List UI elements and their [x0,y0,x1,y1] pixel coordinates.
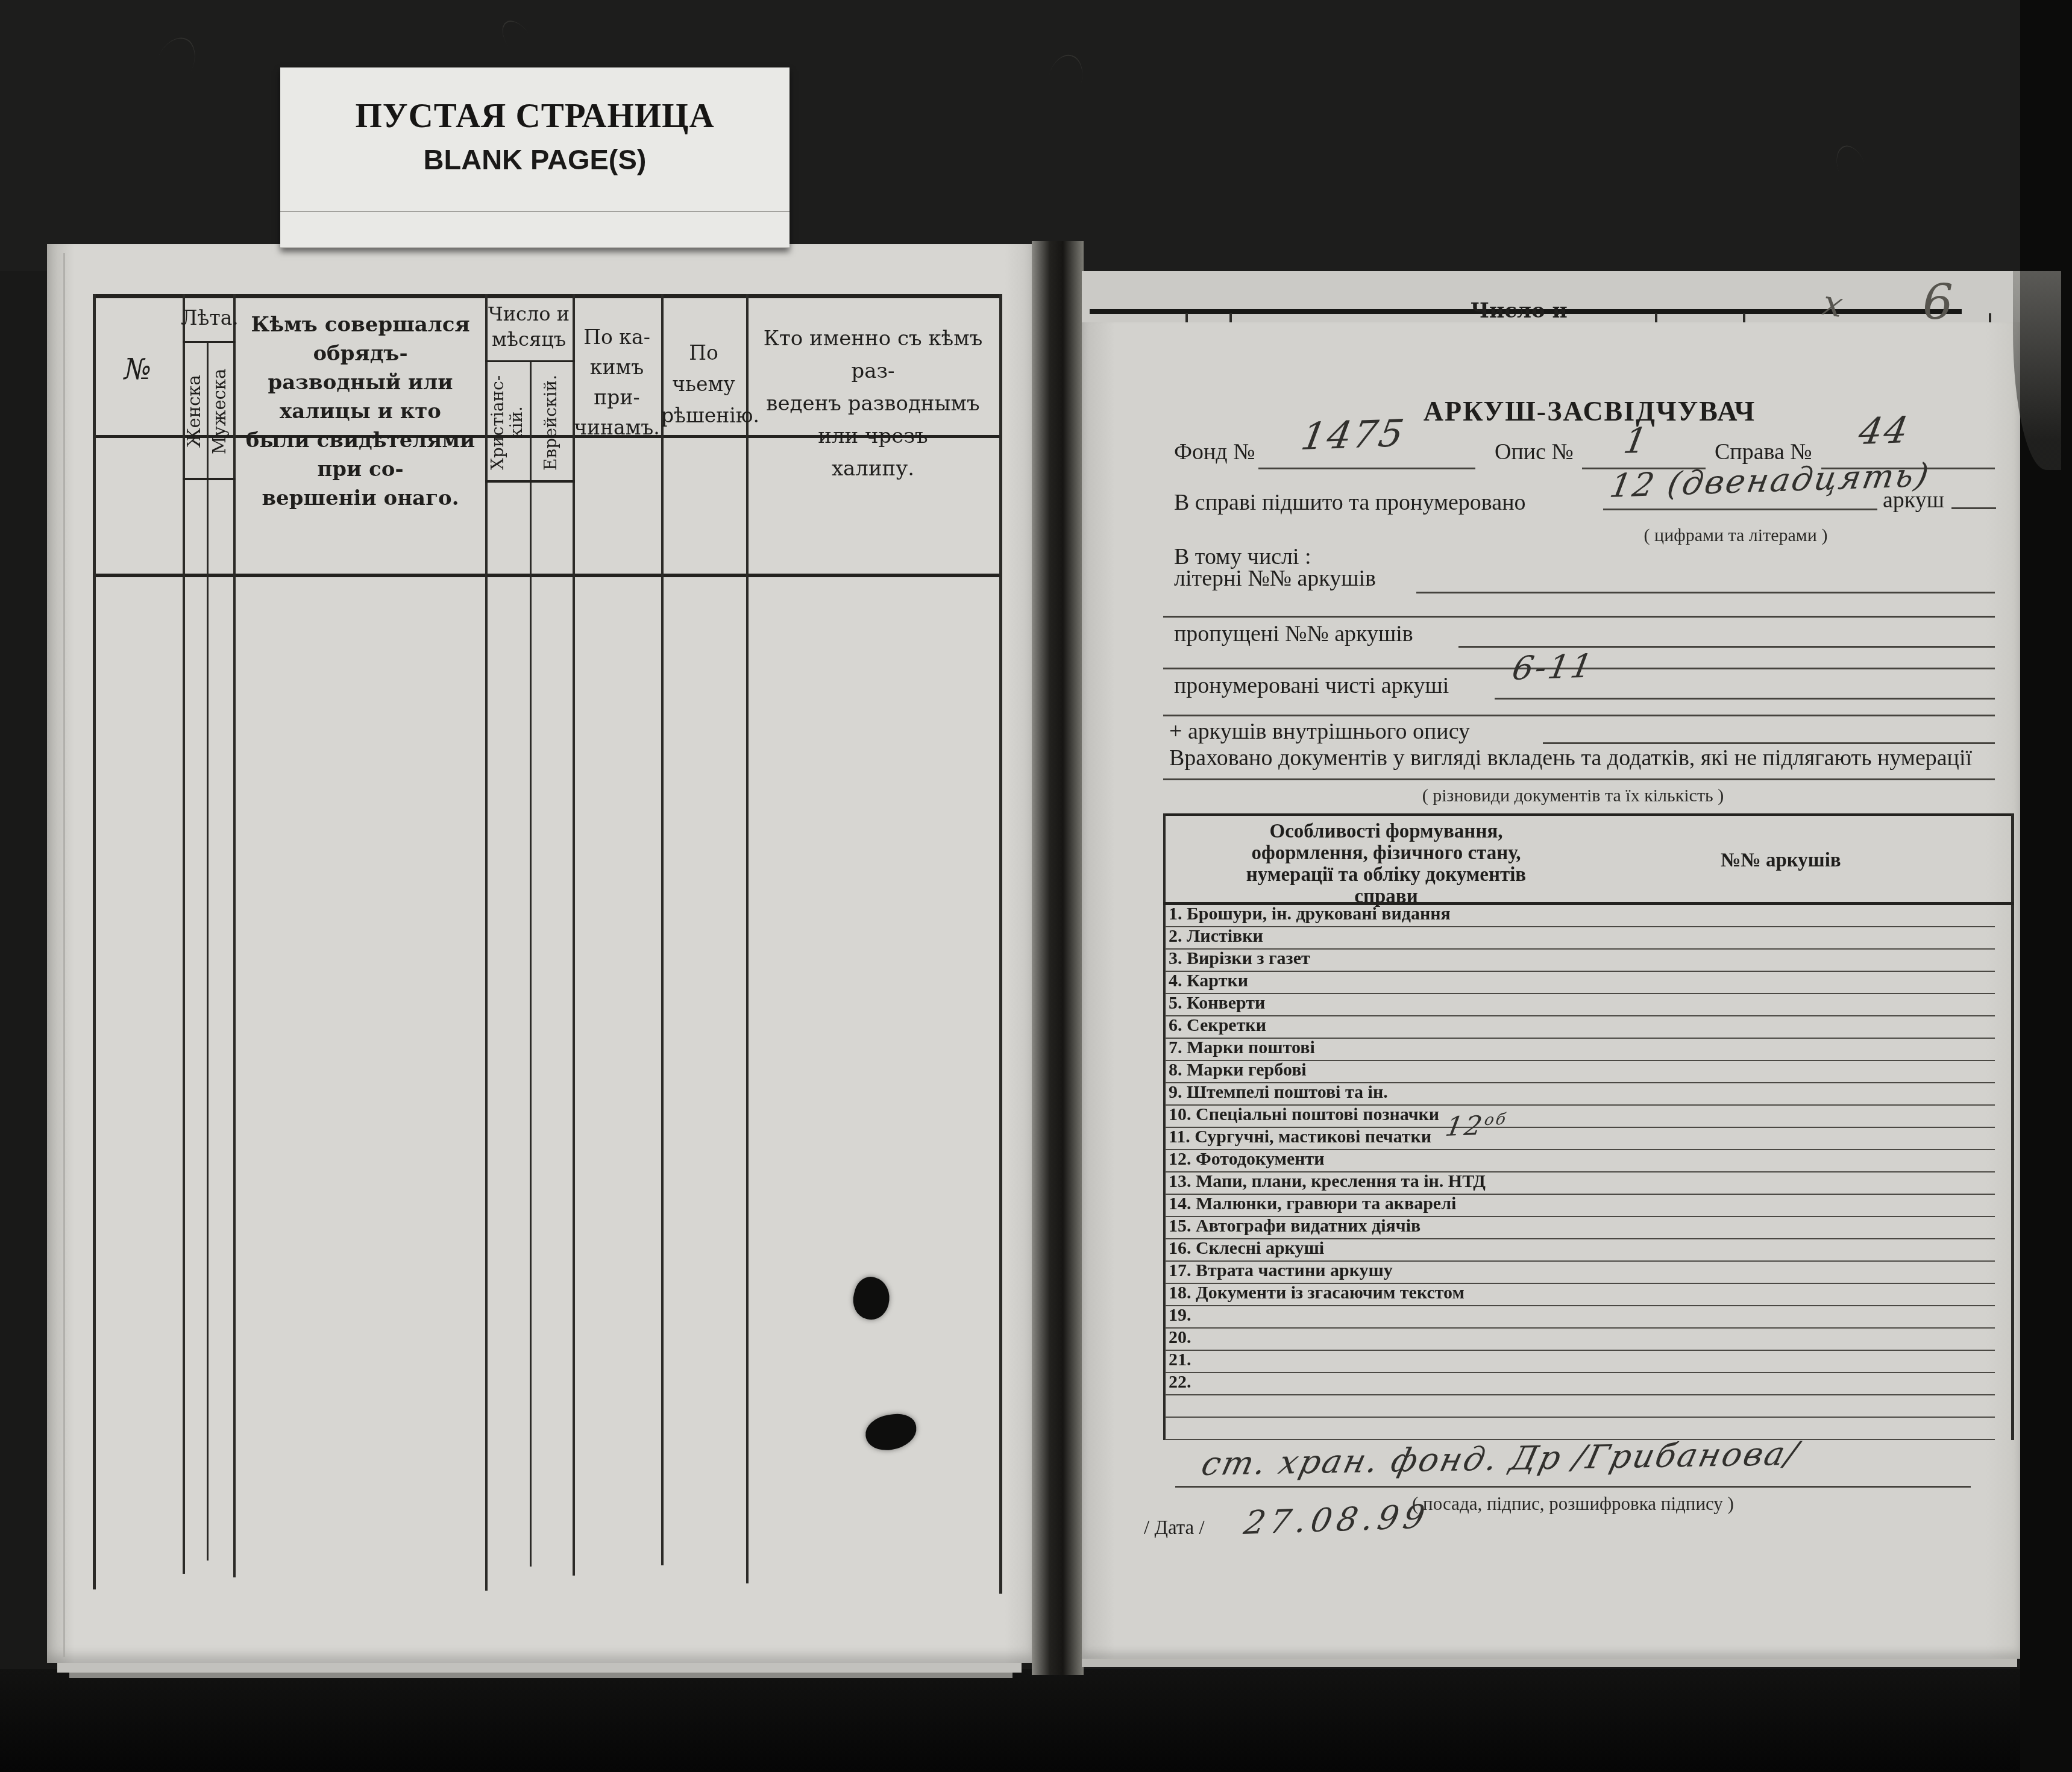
table-row: 13. Мапи, плани, креслення та ін. НТД [1165,1172,1995,1195]
fond-value-handwriting: 1475 [1298,411,1409,459]
table-row: 21. [1165,1351,1995,1373]
row-label: 4. Картки [1169,971,1248,991]
bound-blank-line [1603,509,1877,510]
row-label: 1. Брошури, ін. друковані видання [1169,904,1451,924]
letter-sheets-label: літерні №№ аркушів [1174,565,1376,592]
row-label: 2. Листівки [1169,926,1263,947]
under-page-text-fragment: Число и [1471,299,1568,323]
table-row: 1. Брошури, ін. друковані видання [1165,905,1995,927]
table-row: 16. Склесні аркуші [1165,1239,1995,1262]
register-col-line [661,294,664,1565]
table-row: 4. Картки [1165,972,1995,994]
table-row: 15. Автографи видатних діячів [1165,1217,1995,1239]
arkush-blank-line [1951,507,1996,509]
blank-continuation-line [1163,715,1995,716]
table-row: 19. [1165,1306,1995,1329]
inserts-label: Враховано документів у вигляді вкладень … [1169,745,2013,771]
features-header-right: №№ аркушів [1681,850,1880,872]
skipped-sheets-label: пропущені №№ аркушів [1174,621,1413,647]
arkush-label: аркуш [1883,487,1944,513]
table-row-empty [1165,1418,1995,1440]
row-label: 5. Конверти [1169,993,1265,1013]
row-label: 7. Марки поштові [1169,1038,1315,1058]
register-col-line [746,294,749,1583]
register-col-line [485,294,488,1591]
row-label: 13. Мапи, плани, креслення та ін. НТД [1169,1171,1486,1192]
register-col-reasons: По ка- кимъ при- чинамъ. [573,322,661,443]
table-row: 20. [1165,1329,1995,1351]
register-col-years-title: Лѣта. [181,306,236,330]
under-page-tick [1989,313,1991,323]
seal-count-suffix: об [1483,1110,1509,1129]
register-col-no: № [93,352,183,386]
row-label: 11. Сургучні, мастикові печатки [1169,1127,1431,1147]
row-label: 3. Вирізки з газет [1169,948,1310,969]
right-scan-edge [2020,0,2072,1772]
fond-blank-line [1258,468,1475,469]
table-row: 14. Малюнки, гравюри та акварелі [1165,1195,1995,1217]
table-row: 2. Листівки [1165,927,1995,950]
row-label: 20. [1169,1327,1191,1348]
row-label: 8. Марки гербові [1169,1060,1307,1080]
blank-continuation-line [1163,616,1995,618]
table-row-seals: 11. Сургучні, мастикові печатки 12об [1165,1128,1995,1150]
row-label: 18. Документи із згасаючим текстом [1169,1283,1465,1303]
table-row: 12. Фотодокументи [1165,1150,1995,1172]
table-row: 17. Втрата частини аркушу [1165,1262,1995,1284]
under-page-tick [1229,313,1232,323]
binding-gutter [1032,241,1084,1675]
register-col-line [530,360,532,1567]
table-row: 10. Спеціальні поштові позначки [1165,1106,1995,1128]
sprava-value-handwriting: 44 [1856,409,1913,453]
under-page-edge [57,1663,1022,1673]
register-col-divorced: Кто именно съ кѣмъ раз- веденъ разводным… [750,322,996,485]
row-label: 17. Втрата частини аркушу [1169,1260,1393,1281]
table-row: 3. Вирізки з газет [1165,950,1995,972]
register-col-line [93,294,96,1589]
clean-sheets-label: пронумеровані чисті аркуші [1174,672,1449,699]
register-col-years-male: Мужеска [207,346,233,476]
table-row: 6. Секретки [1165,1016,1995,1039]
blank-page-title-ru: ПУСТАЯ СТРАНИЦА [280,96,790,136]
date-label: / Дата / [1144,1517,1205,1539]
years-subcell-cap [183,478,236,480]
register-row-rule [93,574,1002,577]
clean-sheets-line [1495,698,1995,700]
under-page-tick [1185,313,1188,323]
register-top-border [93,294,1000,298]
register-col-officiant: Кѣмъ совершался обрядъ- разводный или ха… [237,310,484,513]
table-row: 5. Конверти [1165,994,1995,1016]
row-label: 6. Секретки [1169,1015,1266,1036]
row-label: 12. Фотодокументи [1169,1149,1325,1169]
register-col-years-female: Женска [183,346,207,476]
row-label: 16. Склесні аркуші [1169,1238,1324,1259]
blank-page-title-en: BLANK PAGE(S) [280,143,790,176]
years-divider [183,341,236,343]
inner-inventory-label: + аркушів внутрішнього опису [1169,718,1470,745]
register-col-line [207,342,209,1561]
skipped-sheets-line [1458,646,1995,648]
opys-label: Опис № [1495,439,1574,465]
background-bottom [0,1669,2072,1772]
date-divider [485,360,575,362]
fond-label: Фонд № [1174,439,1255,465]
types-caption: ( різновиди документів та їх кількість ) [1326,786,1820,806]
table-row: 8. Марки гербові [1165,1061,1995,1083]
letter-sheets-line [1416,592,1995,593]
table-row: 18. Документи із згасаючим текстом [1165,1284,1995,1306]
register-col-decision: По чьему рѣшенію. [661,337,746,431]
row-label: 22. [1169,1372,1191,1392]
under-page-tick [1655,313,1657,323]
register-col-date-jewish: Еврейскій. [530,363,573,481]
features-table-right-border [2011,813,2014,1440]
blank-page-card: ПУСТАЯ СТРАНИЦА BLANK PAGE(S) [280,67,790,248]
row-label: 9. Штемпелі поштові та ін. [1169,1082,1388,1103]
table-row: 9. Штемпелі поштові та ін. [1165,1083,1995,1106]
digits-caption: ( цифрами та літерами ) [1543,525,1929,546]
bound-label: В справі підшито та пронумеровано [1174,489,1526,516]
row-label: 10. Спеціальні поштові позначки [1169,1104,1439,1125]
register-col-line [573,294,575,1576]
signature-line [1175,1486,1971,1488]
page-crease [63,253,65,1657]
register-col-line [183,294,185,1574]
seal-count-handwriting: 12об [1443,1110,1509,1142]
features-table-top-border [1163,813,2014,816]
card-crease-line [280,211,790,212]
table-row: 22. [1165,1373,1995,1395]
blank-continuation-line [1163,778,1995,780]
register-col-date-title: Число и мѣсяцъ [485,301,573,352]
date-value-handwriting: 27.08.99 [1241,1497,1433,1542]
scanned-book-spread: № Лѣта. Женска Мужеска Кѣмъ совершался о… [0,0,2072,1772]
features-header-left: Особливості формування, оформлення, фізи… [1199,821,1573,907]
inner-inventory-line [1543,742,1995,744]
table-row: 7. Марки поштові [1165,1039,1995,1061]
table-row-empty [1165,1395,1995,1418]
row-label: 19. [1169,1305,1191,1326]
under-page-edge-right [1082,1659,2017,1667]
row-label: 15. Автографи видатних діячів [1169,1216,1421,1236]
register-col-line [233,294,236,1577]
register-col-date-christian: Христіанс- кій. [485,363,530,481]
clean-sheets-value-handwriting: 6-11 [1509,646,1596,687]
register-col-line [999,294,1002,1594]
under-page-edge [69,1673,1012,1678]
seal-count-number: 12 [1443,1110,1486,1142]
under-page-tick [1743,313,1745,323]
row-label: 14. Малюнки, гравюри та акварелі [1169,1194,1456,1214]
row-label: 21. [1169,1350,1191,1370]
